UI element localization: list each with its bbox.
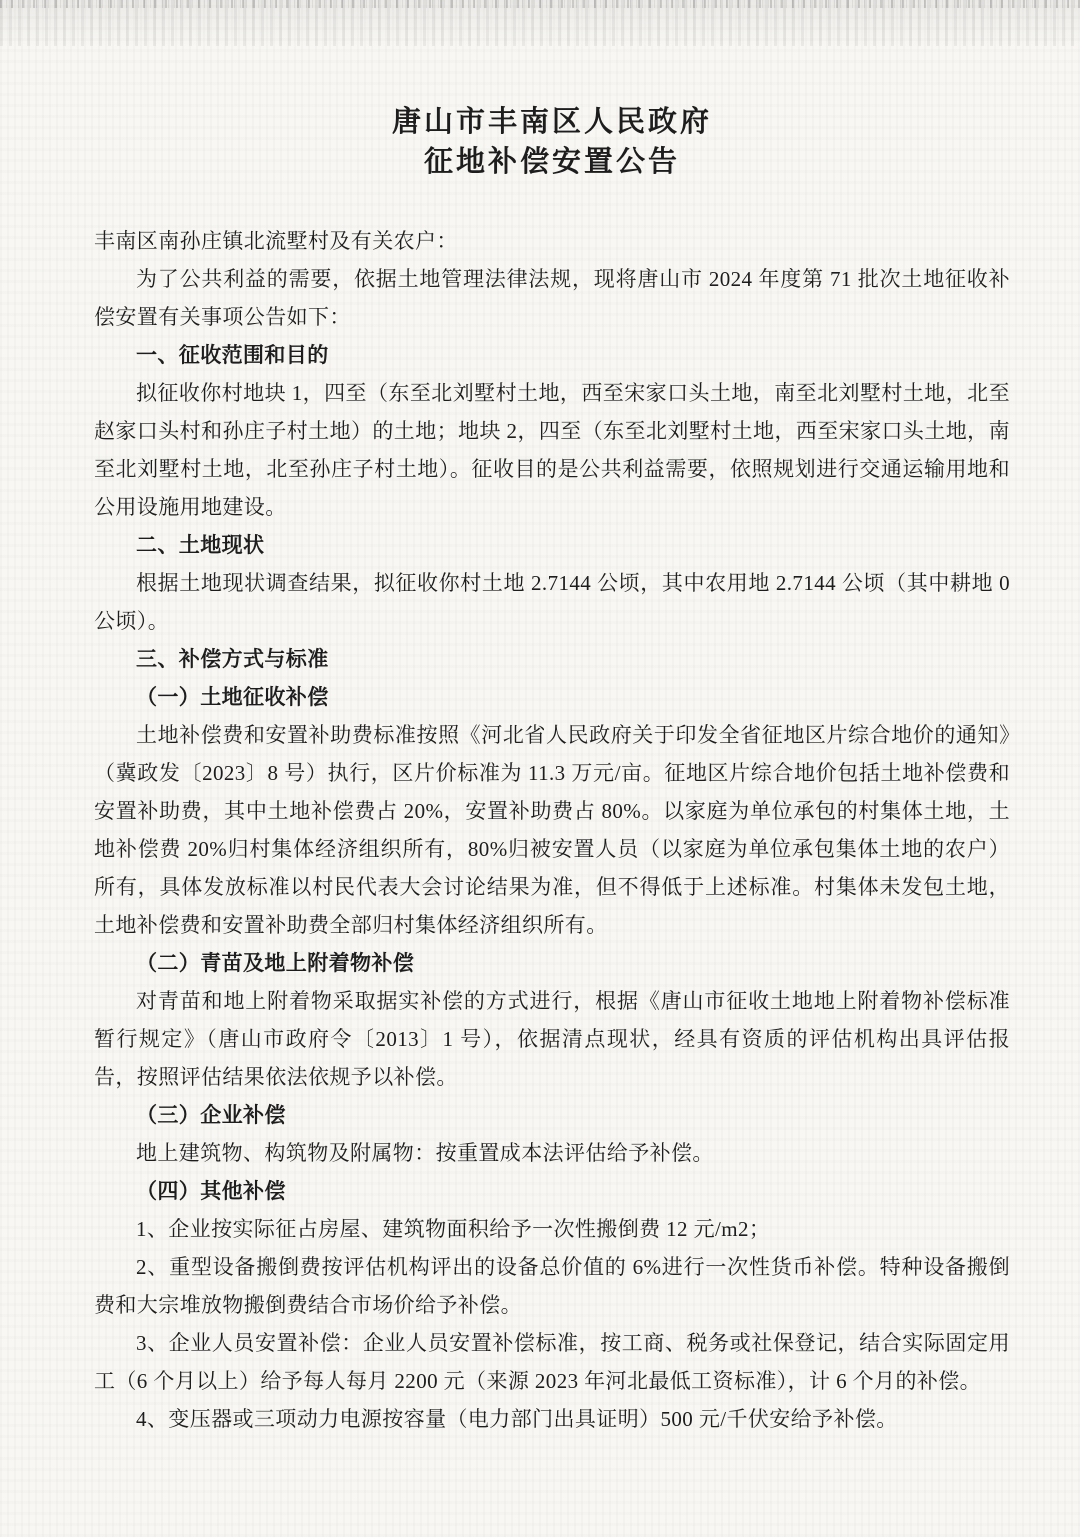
section-heading-compensation: 三、补偿方式与标准	[94, 640, 1010, 678]
paragraph-land-compensation: 土地补偿费和安置补助费标准按照《河北省人民政府关于印发全省征地区片综合地价的通知…	[94, 716, 1010, 944]
document-body: 唐山市丰南区人民政府 征地补偿安置公告 丰南区南孙庄镇北流墅村及有关农户： 为了…	[0, 0, 1080, 1438]
paragraph-crops-attachments: 对青苗和地上附着物采取据实补偿的方式进行，根据《唐山市征收土地地上附着物补偿标准…	[94, 982, 1010, 1096]
section-heading-land-status: 二、土地现状	[94, 526, 1010, 564]
paragraph-intro: 为了公共利益的需要，依据土地管理法律法规，现将唐山市 2024 年度第 71 批…	[94, 260, 1010, 336]
paragraph-other-item-3: 3、企业人员安置补偿：企业人员安置补偿标准，按工商、税务或社保登记，结合实际固定…	[94, 1324, 1010, 1400]
paragraph-land-status: 根据土地现状调查结果，拟征收你村土地 2.7144 公顷，其中农用地 2.714…	[94, 564, 1010, 640]
paragraph-enterprise: 地上建筑物、构筑物及附属物：按重置成本法评估给予补偿。	[94, 1134, 1010, 1172]
paragraph-other-item-1: 1、企业按实际征占房屋、建筑物面积给予一次性搬倒费 12 元/m2；	[94, 1210, 1010, 1248]
subheading-land-compensation: （一）土地征收补偿	[94, 678, 1010, 716]
paragraph-other-item-4: 4、变压器或三项动力电源按容量（电力部门出具证明）500 元/千伏安给予补偿。	[94, 1400, 1010, 1438]
section-heading-scope: 一、征收范围和目的	[94, 336, 1010, 374]
title-line-1: 唐山市丰南区人民政府	[392, 106, 712, 138]
subheading-enterprise: （三）企业补偿	[94, 1096, 1010, 1134]
salutation: 丰南区南孙庄镇北流墅村及有关农户：	[94, 222, 1010, 260]
title-line-2: 征地补偿安置公告	[424, 146, 680, 178]
scanned-document-page: 唐山市丰南区人民政府 征地补偿安置公告 丰南区南孙庄镇北流墅村及有关农户： 为了…	[0, 0, 1080, 1537]
paragraph-other-item-2: 2、重型设备搬倒费按评估机构评出的设备总价值的 6%进行一次性货币补偿。特种设备…	[94, 1248, 1010, 1324]
paragraph-scope: 拟征收你村地块 1，四至（东至北刘墅村土地，西至宋家口头土地，南至北刘墅村土地，…	[94, 374, 1010, 526]
subheading-crops-attachments: （二）青苗及地上附着物补偿	[94, 944, 1010, 982]
subheading-other: （四）其他补偿	[94, 1172, 1010, 1210]
document-title: 唐山市丰南区人民政府 征地补偿安置公告	[94, 102, 1010, 182]
